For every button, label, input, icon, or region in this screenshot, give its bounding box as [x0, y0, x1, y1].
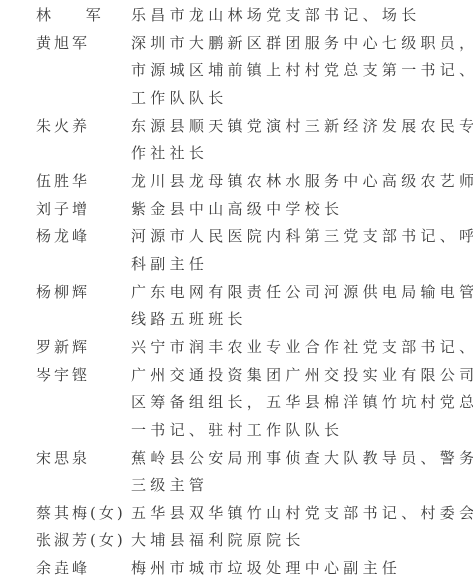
position-line: 蕉岭县公安局刑事侦查大队教导员、警务技术: [131, 445, 449, 473]
person-name: 伍胜华: [0, 168, 131, 196]
person-name: 余垚峰: [0, 555, 131, 583]
person-position: 紫金县中山高级中学校长: [131, 196, 449, 224]
person-name: 林 军: [0, 2, 131, 30]
position-line: 线路五班班长: [131, 306, 449, 334]
person-position: 梅州市城市垃圾处理中心副主任: [131, 555, 449, 583]
person-position: 龙川县龙母镇农林水服务中心高级农艺师: [131, 168, 449, 196]
position-line: 广州交通投资集团广州交投实业有限公司服务: [131, 362, 449, 390]
list-item: 余垚峰 梅州市城市垃圾处理中心副主任: [0, 555, 473, 583]
person-position: 广东电网有限责任公司河源供电局输电管理所 线路五班班长: [131, 279, 449, 334]
position-line: 三级主管: [131, 472, 449, 500]
person-position: 河源市人民医院内科第三党支部书记、呼吸内 科副主任: [131, 223, 449, 278]
person-position: 蕉岭县公安局刑事侦查大队教导员、警务技术 三级主管: [131, 445, 449, 500]
position-line: 紫金县中山高级中学校长: [131, 196, 449, 224]
person-name: 岑宇铿: [0, 362, 131, 390]
person-name: 黄旭军: [0, 30, 131, 58]
person-name: 张淑芳(女): [0, 527, 131, 555]
person-position: 深圳市大鹏新区群团服务中心七级职员，河源 市源城区埔前镇上村村党总支第一书记、驻…: [131, 30, 449, 113]
position-line: 五华县双华镇竹山村党支部书记、村委会主任: [131, 500, 449, 528]
person-position: 广州交通投资集团广州交投实业有限公司服务 区筹备组组长，五华县棉洋镇竹坑村党总支…: [131, 362, 449, 445]
person-name: 朱火养: [0, 113, 131, 141]
person-name: 蔡其梅(女): [0, 500, 131, 528]
list-item: 伍胜华 龙川县龙母镇农林水服务中心高级农艺师: [0, 168, 473, 196]
person-name: 罗新辉: [0, 334, 131, 362]
list-item: 杨柳辉 广东电网有限责任公司河源供电局输电管理所 线路五班班长: [0, 279, 473, 334]
list-item: 蔡其梅(女) 五华县双华镇竹山村党支部书记、村委会主任: [0, 500, 473, 528]
position-line: 市源城区埔前镇上村村党总支第一书记、驻村: [131, 57, 449, 85]
position-line: 龙川县龙母镇农林水服务中心高级农艺师: [131, 168, 449, 196]
person-name: 刘子增: [0, 196, 131, 224]
person-name: 杨龙峰: [0, 223, 131, 251]
position-line: 科副主任: [131, 251, 449, 279]
person-position: 兴宁市润丰农业专业合作社党支部书记、理事长: [131, 334, 449, 362]
person-name: 宋思泉: [0, 445, 131, 473]
position-line: 工作队队长: [131, 85, 449, 113]
person-position: 大埔县福利院原院长: [131, 527, 449, 555]
list-item: 黄旭军 深圳市大鹏新区群团服务中心七级职员，河源 市源城区埔前镇上村村党总支第一…: [0, 30, 473, 113]
list-item: 岑宇铿 广州交通投资集团广州交投实业有限公司服务 区筹备组组长，五华县棉洋镇竹坑…: [0, 362, 473, 445]
position-line: 梅州市城市垃圾处理中心副主任: [131, 555, 449, 583]
position-line: 深圳市大鹏新区群团服务中心七级职员，河源: [131, 30, 449, 58]
position-line: 东源县顺天镇党演村三新经济发展农民专业合: [131, 113, 449, 141]
person-position: 乐昌市龙山林场党支部书记、场长: [131, 2, 449, 30]
list-item: 刘子增 紫金县中山高级中学校长: [0, 196, 473, 224]
list-item: 张淑芳(女) 大埔县福利院原院长: [0, 527, 473, 555]
person-position: 五华县双华镇竹山村党支部书记、村委会主任: [131, 500, 449, 528]
list-item: 罗新辉 兴宁市润丰农业专业合作社党支部书记、理事长: [0, 334, 473, 362]
position-line: 河源市人民医院内科第三党支部书记、呼吸内: [131, 223, 449, 251]
position-line: 乐昌市龙山林场党支部书记、场长: [131, 2, 449, 30]
list-item: 宋思泉 蕉岭县公安局刑事侦查大队教导员、警务技术 三级主管: [0, 445, 473, 500]
position-line: 作社社长: [131, 140, 449, 168]
person-position: 东源县顺天镇党演村三新经济发展农民专业合 作社社长: [131, 113, 449, 168]
position-line: 一书记、驻村工作队队长: [131, 417, 449, 445]
position-line: 区筹备组组长，五华县棉洋镇竹坑村党总支第: [131, 389, 449, 417]
honoree-list: 林 军 乐昌市龙山林场党支部书记、场长 黄旭军 深圳市大鹏新区群团服务中心七级职…: [0, 2, 473, 583]
list-item: 朱火养 东源县顺天镇党演村三新经济发展农民专业合 作社社长: [0, 113, 473, 168]
list-item: 杨龙峰 河源市人民医院内科第三党支部书记、呼吸内 科副主任: [0, 223, 473, 278]
position-line: 兴宁市润丰农业专业合作社党支部书记、理事长: [131, 334, 449, 362]
list-item: 林 军 乐昌市龙山林场党支部书记、场长: [0, 2, 473, 30]
person-name: 杨柳辉: [0, 279, 131, 307]
position-line: 广东电网有限责任公司河源供电局输电管理所: [131, 279, 449, 307]
position-line: 大埔县福利院原院长: [131, 527, 449, 555]
